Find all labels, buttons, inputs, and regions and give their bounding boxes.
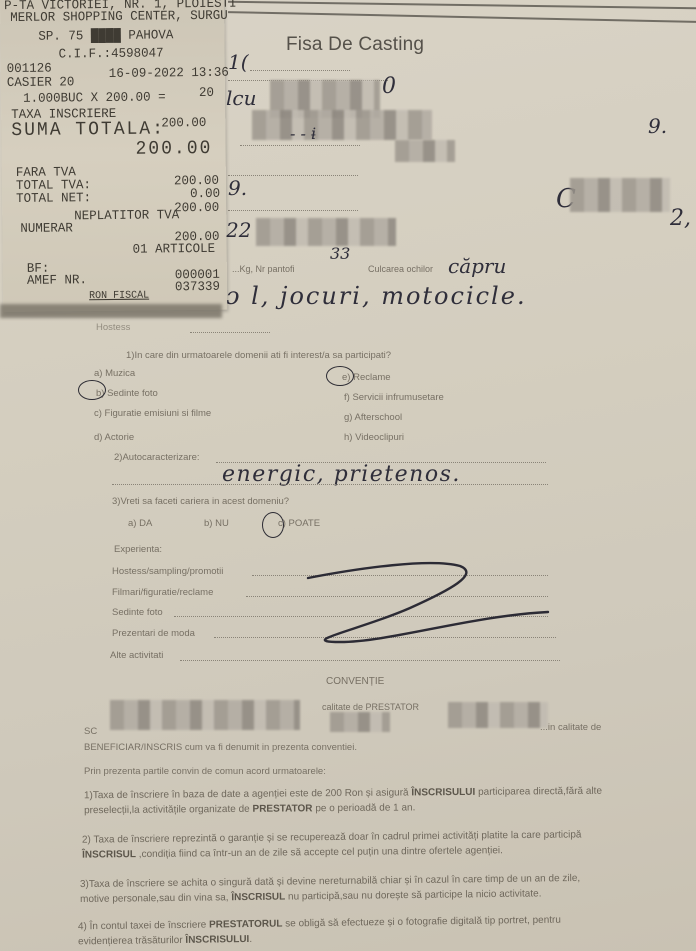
beneficiar-line: BENEFICIAR/INSCRIS cum va fi denumit in … (84, 742, 357, 753)
hobbies-value: ɔ l, jocuri, motocicle. (226, 282, 527, 310)
receipt-datetime: 16-09-2022 13:36 (109, 67, 229, 80)
handwritten-field: lcu (226, 86, 256, 110)
receipt-street: SP. 75 ████ PAHOVA (38, 30, 173, 43)
clause-1: 1)Taxa de înscriere în baza de date a ag… (84, 786, 602, 817)
q1-option-a[interactable]: a) Muzica (94, 368, 135, 379)
handwritten-field: 0 (382, 74, 396, 99)
field-line (228, 175, 358, 176)
eye-color-label: Culcarea ochilor (368, 264, 433, 274)
sc-prefix: SC (84, 726, 97, 737)
top-rule-line (228, 11, 696, 23)
redacted-area (570, 178, 670, 212)
q1-option-f[interactable]: f) Servicii infrumusetare (344, 392, 444, 403)
receipt-neplatitor: NEPLATITOR TVA (74, 210, 179, 223)
experience-item: Filmari/figuratie/reclame (112, 587, 213, 598)
handwritten-field: 1( (228, 50, 249, 74)
redacted-area (395, 140, 455, 162)
in-calitate-label: ...in calitate de (540, 722, 601, 733)
receipt-number: 001126 (7, 63, 52, 75)
handwritten-field: 22 (226, 218, 251, 242)
question-3: 3)Vreti sa faceti cariera in acest domen… (112, 496, 289, 507)
cross-out-z-mark (300, 560, 560, 650)
clause-2: 1)Taxa de înscriere în baza de date a ag… (82, 829, 582, 860)
field-line (228, 210, 358, 211)
field-line (180, 660, 560, 661)
redacted-area (256, 218, 396, 246)
handwritten-field: - - ɨ (290, 124, 316, 143)
question-2-label: 2)Autocaracterizare: (114, 452, 200, 463)
question-1: 1)In care din urmatoarele domenii ati fi… (126, 350, 391, 361)
receipt-payment-label: NUMERAR (20, 223, 73, 235)
redacted-area (330, 712, 390, 732)
experience-label: Experienta: (114, 544, 162, 555)
form-title: Fisa De Casting (286, 34, 424, 56)
payment-receipt: P-TA VICTORIEI, NR. 1, PLOIESTI MERLOR S… (0, 0, 227, 312)
receipt-cif: C.I.F.:4598047 (59, 48, 164, 61)
hostess-label: Hostess (96, 322, 130, 333)
receipt-cashier-no: 20 (199, 87, 214, 99)
q1-option-c[interactable]: c) Figuratie emisiuni si filme (94, 408, 211, 419)
receipt-row-label: TOTAL NET: (16, 193, 91, 205)
shoe-size-value: 33 (330, 244, 350, 263)
clause-3: 3)Taxa de înscriere se achita o singură … (80, 873, 581, 905)
receipt-mall: MERLOR SHOPPING CENTER, SURGU (10, 10, 228, 24)
convention-title: CONVENȚIE (326, 676, 384, 687)
receipt-row-value: 200.00 (174, 202, 219, 214)
field-line (250, 70, 350, 71)
redacted-area (448, 702, 548, 728)
receipt-cashier: CASIER 20 (7, 77, 75, 89)
handwritten-field: 2, (670, 206, 691, 231)
field-line (240, 145, 360, 146)
receipt-total: 200.00 (135, 141, 212, 158)
redacted-area (110, 700, 300, 730)
eye-color-value: căpru (448, 254, 506, 278)
experience-item: Hostess/sampling/promotii (112, 566, 223, 577)
measures-label: ...Kg, Nr pantofi (232, 264, 295, 274)
q1-option-g[interactable]: g) Afterschool (344, 412, 402, 423)
clause-4: 4) În contul taxei de înscriere PRESTATO… (78, 915, 561, 948)
convention-intro: Prin prezenta partile convin de comun ac… (84, 766, 326, 777)
casting-form-sheet: Fisa De Casting 1( lcu 0 - - ɨ 9. 9. C 2… (0, 0, 696, 951)
receipt-articles: 01 ARTICOLE (133, 243, 216, 255)
receipt-amef-label: AMEF NR. (27, 275, 87, 287)
tape-strip (0, 304, 222, 318)
q1-option-h[interactable]: h) Videoclipuri (344, 432, 404, 443)
selection-circle (262, 512, 284, 538)
receipt-item-amount: 200.00 (161, 118, 206, 130)
top-rule-line (228, 1, 696, 10)
handwritten-field: 9. (228, 176, 247, 200)
experience-item: Sedinte foto (112, 607, 163, 618)
receipt-row-value: 0.00 (190, 188, 220, 200)
experience-item: Prezentari de moda (112, 628, 195, 639)
handwritten-field: 9. (648, 114, 667, 138)
receipt-qty-line: 1.000BUC X 200.00 = (23, 92, 166, 105)
field-line (112, 484, 548, 485)
field-line (190, 332, 270, 333)
receipt-footer: RON FISCAL (89, 290, 149, 302)
q1-option-d[interactable]: d) Actorie (94, 432, 134, 443)
q3-option-a[interactable]: a) DA (128, 518, 152, 529)
prestator-line: calitate de PRESTATOR (322, 702, 419, 712)
experience-item: Alte activitati (110, 650, 163, 661)
receipt-total-label: SUMA TOTALA: (11, 122, 165, 139)
q3-option-b[interactable]: b) NU (204, 518, 229, 529)
selection-circle (326, 366, 354, 386)
redacted-area (252, 110, 432, 140)
receipt-amef-value: 037339 (175, 281, 220, 293)
selection-circle (78, 380, 106, 400)
q3-option-c[interactable]: c) POATE (278, 518, 320, 529)
